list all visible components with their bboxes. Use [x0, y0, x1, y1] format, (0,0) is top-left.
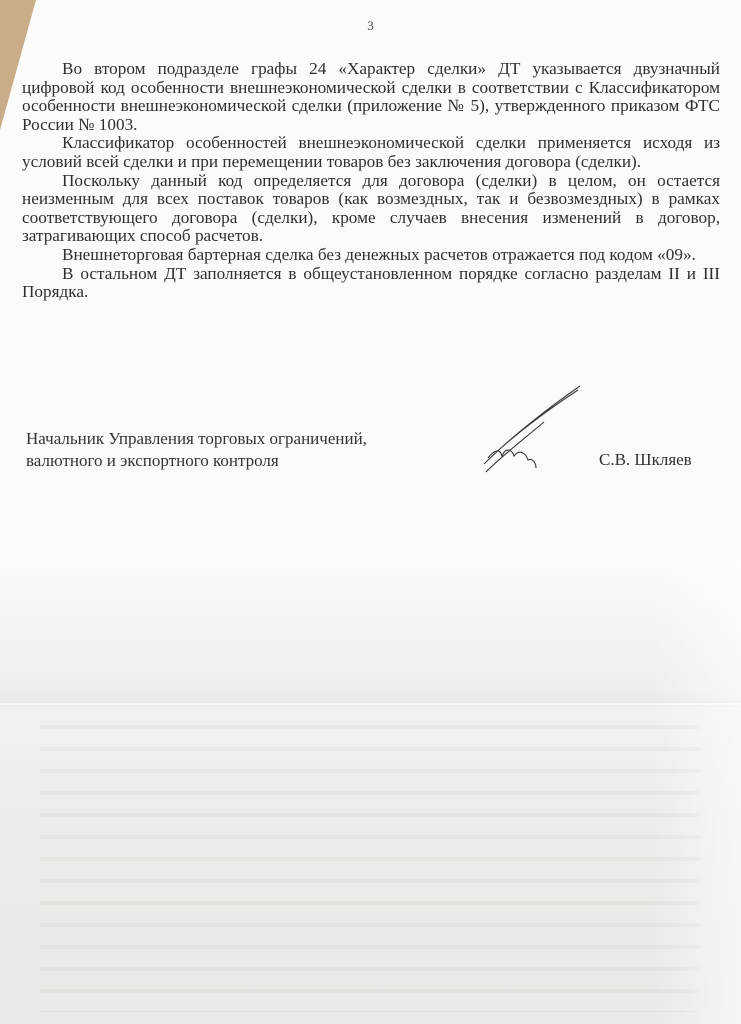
signature-block: Начальник Управления торговых ограничени… [26, 428, 716, 478]
paragraph-general-procedure: В остальном ДТ заполняется в общеустанов… [22, 265, 720, 302]
paragraph-classifier-usage: Классификатор особенностей внешнеэкономи… [22, 134, 720, 171]
signer-name: С.В. Шкляев [599, 450, 692, 470]
light-glare [651, 560, 741, 1024]
signer-title: Начальник Управления торговых ограничени… [26, 428, 367, 472]
paragraph-barter-code: Внешнеторговая бартерная сделка без дене… [22, 246, 720, 265]
page-number: 3 [0, 18, 741, 34]
letter-body: Во втором подразделе графы 24 «Характер … [22, 60, 720, 302]
signer-title-line-2: валютного и экспортного контроля [26, 450, 367, 472]
paragraph-code-unchanged: Поскольку данный код определяется для до… [22, 172, 720, 246]
handwritten-signature-icon [474, 384, 584, 474]
signer-title-line-1: Начальник Управления торговых ограничени… [26, 428, 367, 450]
scanned-letter-page: 3 Во втором подразделе графы 24 «Характе… [0, 0, 741, 1024]
bleed-through-text-shadow [40, 712, 700, 1012]
paragraph-transaction-code: Во втором подразделе графы 24 «Характер … [22, 60, 720, 134]
paper-fold-line [0, 702, 741, 706]
